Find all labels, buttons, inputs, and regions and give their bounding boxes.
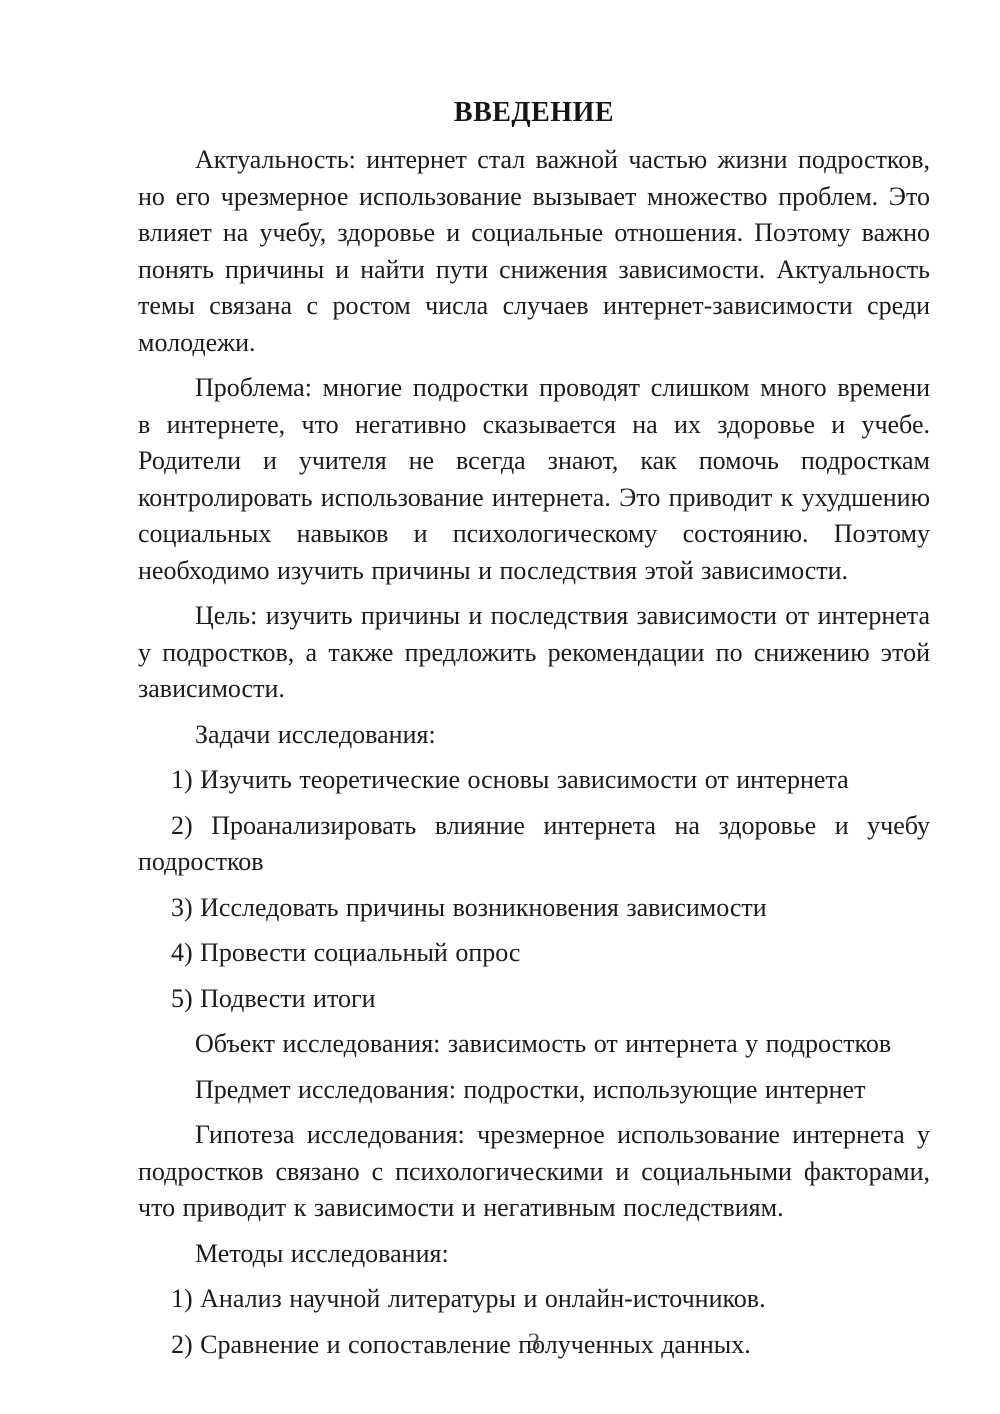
paragraph-subject: Предмет исследования: подростки, использ… bbox=[138, 1072, 930, 1109]
task-item-5: 5) Подвести итоги bbox=[138, 981, 930, 1018]
paragraph-problem: Проблема: многие подростки проводят слиш… bbox=[138, 370, 930, 589]
task-item-1: 1) Изучить теоретические основы зависимо… bbox=[138, 762, 930, 799]
document-page: ВВЕДЕНИЕ Актуальность: интернет стал важ… bbox=[0, 0, 1000, 1414]
task-item-3: 3) Исследовать причины возникновения зав… bbox=[138, 890, 930, 927]
paragraph-goal: Цель: изучить причины и последствия зави… bbox=[138, 598, 930, 708]
task-item-4: 4) Провести социальный опрос bbox=[138, 935, 930, 972]
paragraph-hypothesis: Гипотеза исследования: чрезмерное исполь… bbox=[138, 1117, 930, 1227]
task-item-2: 2) Проанализировать влияние интернета на… bbox=[138, 808, 930, 881]
method-item-1: 1) Анализ научной литературы и онлайн-ис… bbox=[138, 1281, 930, 1318]
tasks-heading: Задачи исследования: bbox=[138, 717, 930, 754]
document-body: ВВЕДЕНИЕ Актуальность: интернет стал важ… bbox=[138, 94, 930, 1372]
page-title: ВВЕДЕНИЕ bbox=[138, 94, 930, 132]
paragraph-object: Объект исследования: зависимость от инте… bbox=[138, 1026, 930, 1063]
page-number: 3 bbox=[138, 1328, 930, 1358]
paragraph-relevance: Актуальность: интернет стал важной часть… bbox=[138, 142, 930, 361]
methods-heading: Методы исследования: bbox=[138, 1236, 930, 1273]
